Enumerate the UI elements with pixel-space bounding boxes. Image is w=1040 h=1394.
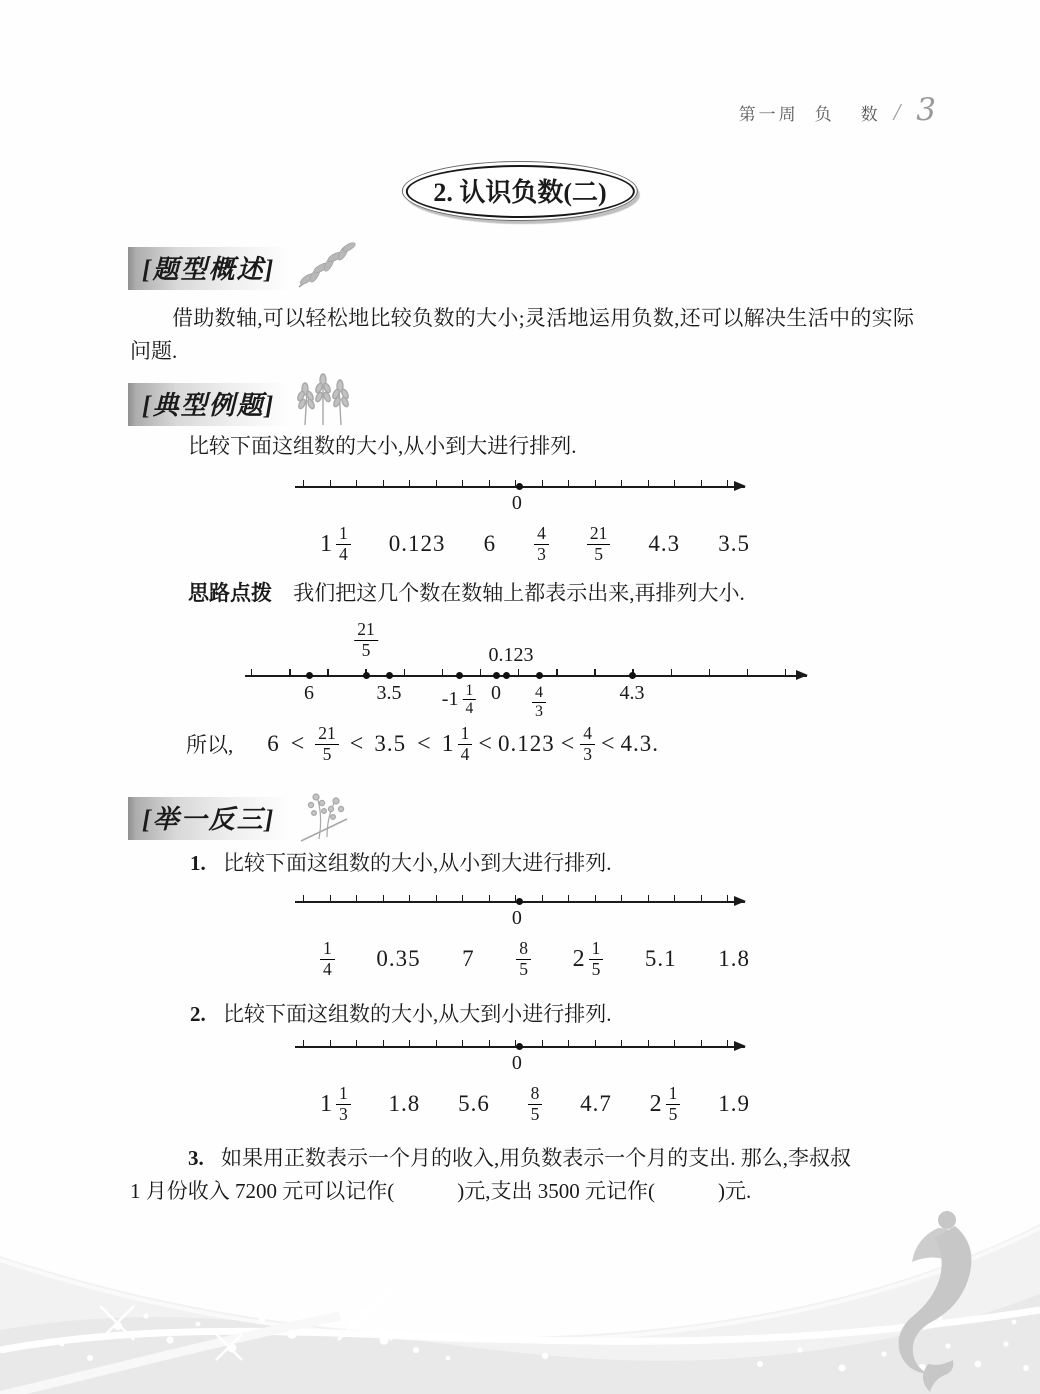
problem-number: 3.: [188, 1146, 204, 1170]
leaf-branch-icon: [293, 241, 359, 293]
tick-marks: [303, 895, 727, 901]
number-value: 43: [534, 524, 549, 564]
point-label-4-3: 43: [532, 684, 546, 721]
flower-sprig-icon: [293, 789, 355, 843]
number-value: 5.1: [645, 946, 677, 972]
page-header: 第一周 负 数 / 3: [739, 92, 936, 128]
plotted-point: [306, 672, 313, 679]
number-value: 1.9: [718, 1091, 750, 1117]
zero-label: 0: [512, 492, 522, 515]
page-number: 3: [916, 92, 936, 128]
point-label-neg-1-1-4: -1 14: [442, 682, 476, 718]
less-than: <: [561, 731, 575, 758]
zero-label: 0: [512, 907, 522, 930]
oval-inner-ring: 2. 认识负数(二): [405, 165, 634, 218]
number-value: 1 14: [320, 524, 351, 564]
point-label-6: 6: [304, 682, 314, 705]
textbook-page: 第一周 负 数 / 3 2. 认识负数(二) [题型概述]: [0, 0, 1040, 1394]
plotted-point: [629, 672, 636, 679]
problem-2: 2. 比较下面这组数的大小,从大到小进行排列.: [190, 999, 612, 1030]
number-value: 2 15: [573, 939, 604, 979]
slash-separator: /: [894, 100, 901, 127]
problem-text: 比较下面这组数的大小,从小到大进行排列.: [223, 851, 612, 875]
plotted-point: [363, 672, 370, 679]
number-value: 85: [528, 1084, 543, 1124]
plotted-point: [493, 672, 500, 679]
problem-number: 1.: [190, 851, 206, 875]
overview-paragraph: 借助数轴,可以轻松地比较负数的大小;灵活地运用负数,还可以解决生活中的实际问题.: [130, 302, 914, 368]
number-value: 7: [462, 946, 475, 972]
overview-heading: [题型概述]: [142, 255, 275, 284]
section-bar-practice: [举一反三]: [128, 797, 355, 843]
point-label-21-5: 215: [354, 620, 378, 660]
lesson-title-oval: 2. 认识负数(二): [402, 161, 638, 221]
less-than: <: [417, 731, 431, 758]
number-value: 14: [320, 939, 335, 979]
number-line-p2: 0: [295, 1046, 745, 1076]
conclusion-inequality: 所以, 6 < 215 < 3.5 < 1 14 < 0.123 < 43 < …: [186, 724, 658, 764]
less-than: <: [291, 731, 305, 758]
problem-text: 如果用正数表示一个月的收入,用负数表示一个月的支出. 那么,李叔叔: [221, 1146, 851, 1170]
tick-marks: [251, 669, 785, 675]
origin-dot: [516, 898, 523, 905]
problem-text: 比较下面这组数的大小,从大到小进行排列.: [223, 1002, 612, 1026]
arrow-right-icon: [734, 1041, 746, 1051]
origin-dot: [516, 483, 523, 490]
p2-numbers-row: 1 13 1.8 5.6 85 4.7 2 15 1.9: [320, 1076, 750, 1132]
section-bar-gradient: [题型概述]: [128, 247, 287, 290]
tick-marks: [303, 480, 727, 486]
section-bar-gradient: [举一反三]: [128, 797, 287, 840]
therefore-label: 所以,: [186, 729, 233, 759]
problem-number: 2.: [190, 1002, 206, 1026]
example-numbers-row: 1 14 0.123 6 43 215 4.3 3.5: [320, 516, 750, 572]
wheat-sprigs-icon: [293, 369, 357, 427]
practice-heading: [举一反三]: [142, 805, 275, 834]
footer-waves-illustration: [0, 1198, 1040, 1394]
plotted-point: [536, 672, 543, 679]
lesson-title: 2. 认识负数(二): [433, 178, 606, 207]
less-than: <: [601, 731, 615, 758]
plotted-point: [456, 672, 463, 679]
number-value: 4.7: [580, 1091, 612, 1117]
zero-label: 0: [512, 1052, 522, 1075]
point-label-0: 0: [491, 682, 501, 705]
arrow-right-icon: [734, 896, 746, 906]
number-value: 2 15: [650, 1084, 681, 1124]
point-label-43: 4.3: [620, 682, 645, 705]
number-value: 0.35: [376, 946, 420, 972]
example-prompt: 比较下面这组数的大小,从小到大进行排列.: [188, 431, 577, 461]
number-value: 5.6: [458, 1091, 490, 1117]
number-value: 0.123: [389, 531, 446, 557]
plotted-point: [503, 672, 510, 679]
hint-text: 我们把这几个数在数轴上都表示出来,再排列大小.: [293, 581, 745, 605]
number-line-example: 0: [295, 486, 745, 516]
ineq-value: 1 14: [442, 724, 473, 764]
arrow-right-icon: [796, 670, 808, 680]
tick-marks: [303, 1040, 727, 1046]
number-value: 1.8: [718, 946, 750, 972]
section-bar-overview: [题型概述]: [128, 247, 359, 293]
number-line-solution: 215 0.123 6 3.5 -1 14 0 43 4.3: [245, 618, 807, 720]
section-bar-example: [典型例题]: [128, 383, 357, 427]
number-value: 3.5: [718, 531, 750, 557]
p1-numbers-row: 14 0.35 7 85 2 15 5.1 1.8: [320, 931, 750, 987]
number-value: 85: [516, 939, 531, 979]
ineq-value: 6: [267, 731, 280, 757]
point-label-0123: 0.123: [489, 644, 534, 667]
number-value: 4.3: [648, 531, 680, 557]
origin-dot: [516, 1043, 523, 1050]
number-line-p1: 0: [295, 901, 745, 931]
less-than: <: [478, 731, 492, 758]
number-value: 215: [587, 524, 611, 564]
problem-1: 1. 比较下面这组数的大小,从小到大进行排列.: [190, 848, 612, 879]
point-label-35: 3.5: [377, 682, 402, 705]
week-label: 第一周: [739, 100, 799, 125]
plotted-point: [386, 672, 393, 679]
number-value: 1 13: [320, 1084, 351, 1124]
ineq-value: 0.123: [498, 731, 555, 757]
ineq-value: 4.3.: [621, 731, 659, 757]
less-than: <: [350, 731, 364, 758]
arrow-right-icon: [734, 481, 746, 491]
ineq-value: 43: [580, 724, 595, 764]
ineq-value: 3.5: [374, 731, 406, 757]
oval-outer-ring: 2. 认识负数(二): [402, 161, 638, 221]
chapter-label: 负 数: [815, 100, 884, 125]
ineq-value: 215: [315, 724, 339, 764]
hint-line: 思路点拨 我们把这几个数在数轴上都表示出来,再排列大小.: [188, 578, 745, 608]
section-bar-gradient: [典型例题]: [128, 383, 287, 426]
hint-label: 思路点拨: [188, 581, 272, 605]
example-heading: [典型例题]: [142, 391, 275, 420]
footer-decoration: [0, 1198, 1040, 1394]
problem-3-line1: 3. 如果用正数表示一个月的收入,用负数表示一个月的支出. 那么,李叔叔: [130, 1143, 972, 1174]
number-value: 6: [484, 531, 497, 557]
number-value: 1.8: [389, 1091, 421, 1117]
